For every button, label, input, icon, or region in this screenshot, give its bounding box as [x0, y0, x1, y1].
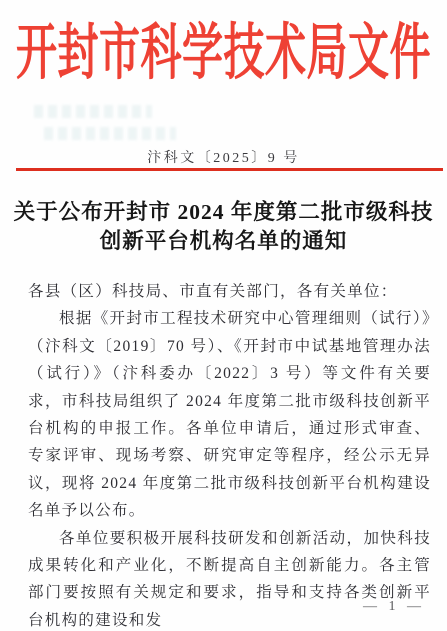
red-separator-line — [16, 168, 443, 171]
body-paragraph: 各单位要积极开展科技研发和创新活动，加快科技成果转化和产业化，不断提高自主创新能… — [28, 525, 431, 631]
agency-letterhead: 开封市科学技术局文件 — [0, 18, 447, 96]
agency-letterhead-text: 开封市科学技术局文件 — [16, 18, 431, 86]
document-title: 关于公布开封市 2024 年度第二批市级科技 创新平台机构名单的通知 — [0, 198, 447, 256]
bleedthrough-line — [34, 105, 152, 118]
page-number: — 1 — — [363, 599, 425, 615]
bleedthrough-line — [44, 127, 176, 140]
document-title-line: 关于公布开封市 2024 年度第二批市级科技 — [14, 200, 434, 224]
salutation: 各县（区）科技局、市直有关部门，各有关单位： — [28, 278, 431, 305]
doc-number: 汴科文〔2025〕9 号 — [0, 147, 447, 167]
document-title-line: 创新平台机构名单的通知 — [100, 229, 348, 253]
bleedthrough-artifact — [30, 103, 180, 151]
body-paragraph: 根据《开封市工程技术研究中心管理细则（试行）》（汴科文〔2019〕70 号）、《… — [28, 305, 431, 524]
document-page: 开封市科学技术局文件 汴科文〔2025〕9 号 关于公布开封市 2024 年度第… — [0, 0, 447, 631]
document-body: 各县（区）科技局、市直有关部门，各有关单位： 根据《开封市工程技术研究中心管理细… — [28, 278, 431, 631]
